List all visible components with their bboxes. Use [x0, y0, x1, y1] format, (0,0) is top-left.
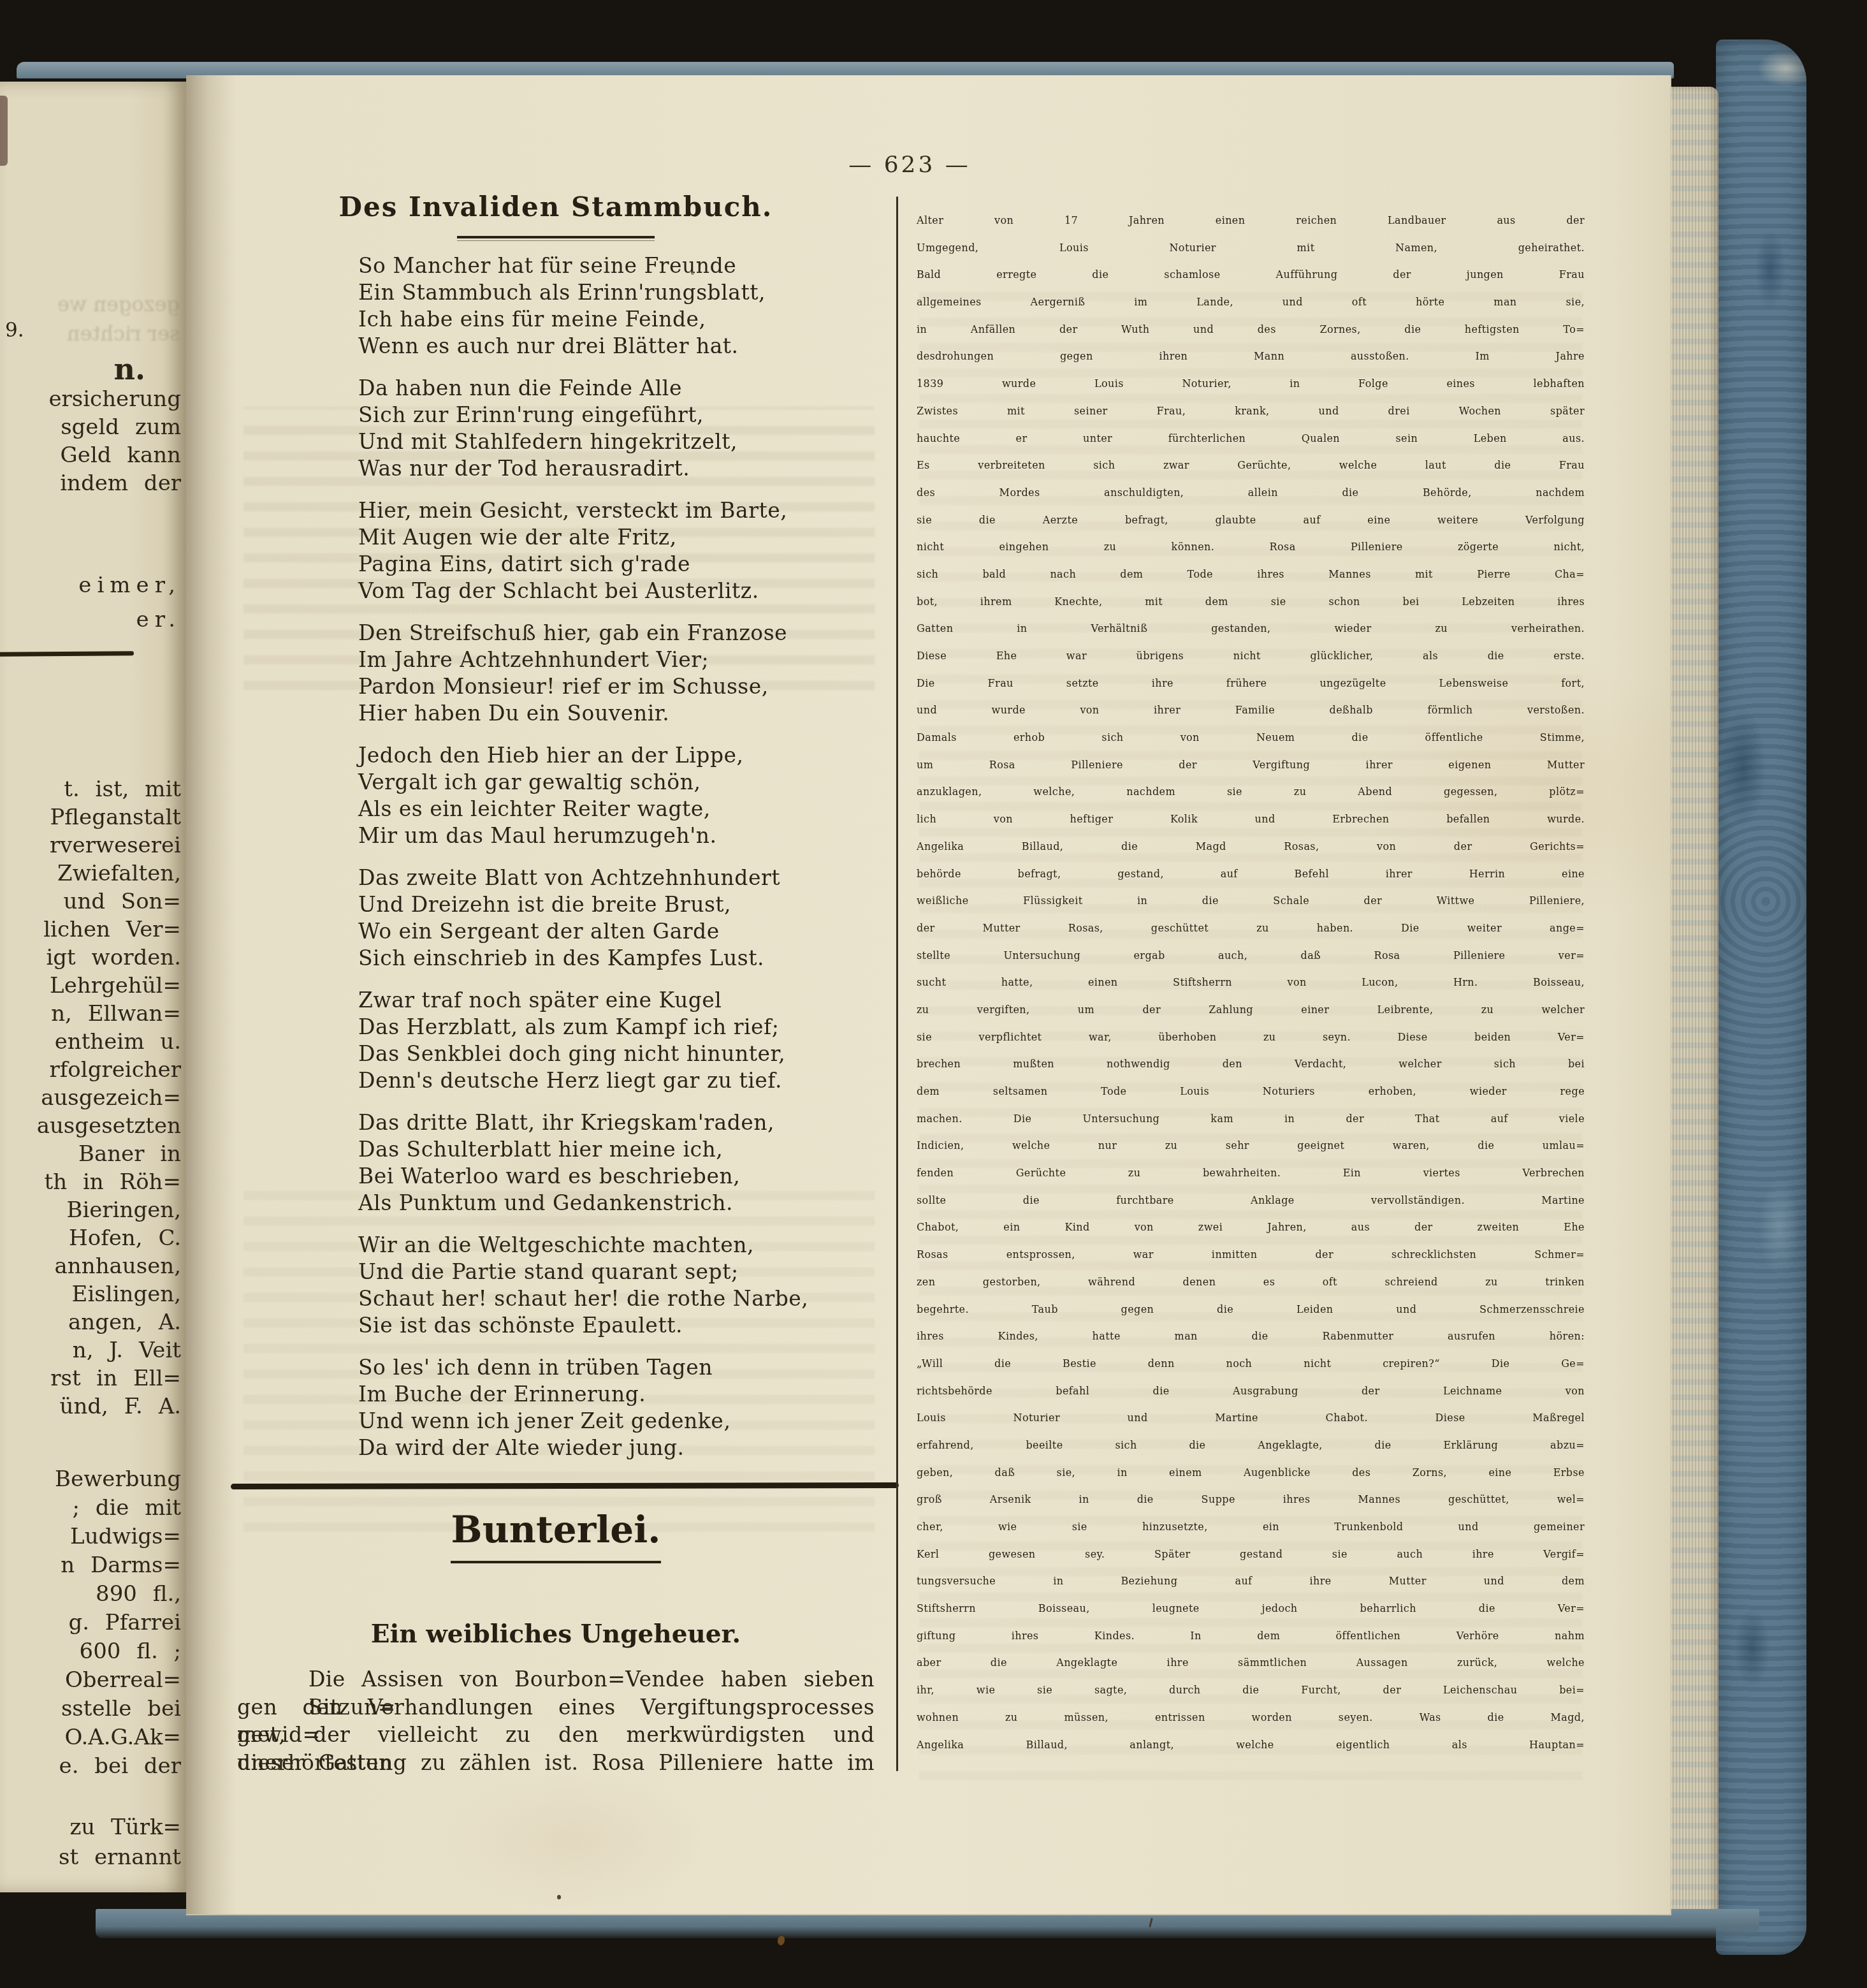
- sliver-line: eimer,: [78, 573, 181, 598]
- text-line: sollte die furchtbare Anklage vervollstä…: [917, 1187, 1585, 1215]
- text-line: in Anfällen der Wuth und des Zornes, die…: [917, 316, 1585, 344]
- sliver-line: lichen Ver=: [43, 917, 181, 942]
- sliver-line: angen, A.: [68, 1310, 181, 1335]
- text-line: zu vergiften, um der Zahlung einer Leibr…: [917, 997, 1585, 1024]
- scanned-book-page: gezogen we ser richten 9. n. ersicherung…: [0, 0, 1867, 1988]
- sliver-line: st ernannt: [59, 1845, 181, 1870]
- sliver-line: e. bei der: [59, 1753, 181, 1779]
- text-line: fenden Gerüchte zu bewahrheiten. Ein vie…: [917, 1160, 1585, 1187]
- paper-stain: [777, 1935, 785, 1946]
- paragraph-line: Die Assisen von Bourbon=Vendee haben sie…: [237, 1665, 875, 1693]
- book-page: — 623 — Des Invaliden Stammbuch. So Manc…: [186, 75, 1671, 1915]
- text-line: sie die Aerzte befragt, glaubte auf eine…: [917, 507, 1585, 534]
- sliver-line: Baner in: [78, 1141, 181, 1167]
- text-line: Alter von 17 Jahren einen reichen Landba…: [917, 207, 1585, 235]
- sliver-heading-fragment: n.: [114, 352, 145, 386]
- text-line: Bald erregte die schamlose Aufführung de…: [917, 261, 1585, 289]
- text-line: erfahrend, beeilte sich die Angeklagte, …: [917, 1432, 1585, 1459]
- poem-line: Was nur der Tod herausradirt.: [358, 455, 875, 482]
- text-line: Die Frau setzte ihre frühere ungezügelte…: [917, 670, 1585, 698]
- text-line: Diese Ehe war übrigens nicht glücklicher…: [917, 643, 1585, 670]
- title-rule: [457, 236, 655, 241]
- sliver-line: Bieringen,: [66, 1197, 181, 1223]
- sliver-line: ; die mit: [72, 1495, 181, 1521]
- text-line: Umgegend, Louis Noturier mit Namen, gehe…: [917, 235, 1585, 262]
- paragraph-line: dieser Gattung zu zählen ist. Rosa Pille…: [237, 1749, 875, 1777]
- poem-line: Das zweite Blatt von Achtzehnhundert: [358, 865, 875, 891]
- sliver-line: Zwiefalten,: [57, 861, 181, 886]
- text-line: machen. Die Untersuchung kam in der That…: [917, 1106, 1585, 1133]
- text-line: groß Arsenik in die Suppe ihres Mannes g…: [917, 1486, 1585, 1514]
- poem-stanza: So les' ich denn in trüben TagenIm Buche…: [358, 1354, 875, 1461]
- poem-line: Im Jahre Achtzehnhundert Vier;: [358, 647, 875, 673]
- poem-stanza: Wir an die Weltgeschichte machten,Und di…: [358, 1232, 875, 1339]
- poem-line: Vergalt ich gar gewaltig schön,: [358, 769, 875, 796]
- poem-line: So les' ich denn in trüben Tagen: [358, 1354, 875, 1381]
- poem-line: Wenn es auch nur drei Blätter hat.: [358, 333, 875, 360]
- poem-line: Ein Stammbuch als Erinn'rungsblatt,: [358, 279, 875, 306]
- sliver-line: er.: [136, 607, 181, 632]
- paragraph-line: met, der vielleicht zu den merkwürdigste…: [237, 1721, 875, 1749]
- text-line: richtsbehörde befahl die Ausgrabung der …: [917, 1378, 1585, 1405]
- sliver-line: Pfleganstalt: [50, 805, 181, 830]
- poem-line: Wir an die Weltgeschichte machten,: [358, 1232, 875, 1259]
- sliver-line: Lehrgehül=: [50, 973, 181, 998]
- sliver-line: rverweserei: [50, 833, 181, 858]
- poem-line: Sich zur Erinn'rung eingeführt,: [358, 402, 875, 428]
- sliver-line: n, J. Veit: [73, 1338, 181, 1363]
- text-line: ihres Kindes, hatte man die Rabenmutter …: [917, 1323, 1585, 1350]
- right-column: Alter von 17 Jahren einen reichen Landba…: [917, 207, 1585, 1758]
- poem-stanza: Den Streifschuß hier, gab ein FranzoseIm…: [358, 620, 875, 727]
- poem-stanza: So Mancher hat für seine FreundeEin Stam…: [358, 252, 875, 360]
- text-line: und wurde von ihrer Familie deßhalb förm…: [917, 697, 1585, 724]
- left-page-sliver: gezogen we ser richten 9. n. ersicherung…: [0, 82, 186, 1892]
- text-line: brechen mußten nothwendig den Verdacht, …: [917, 1051, 1585, 1078]
- text-line: Es verbreiteten sich zwar Gerüchte, welc…: [917, 452, 1585, 479]
- poem-line: Hier haben Du ein Souvenir.: [358, 700, 875, 727]
- poem-line: Das dritte Blatt, ihr Kriegskam'raden,: [358, 1109, 875, 1136]
- text-line: Rosas entsprossen, war inmitten der schr…: [917, 1241, 1585, 1269]
- text-line: Gatten in Verhältniß gestanden, wieder z…: [917, 615, 1585, 643]
- text-line: dem seltsamen Tode Louis Noturiers erhob…: [917, 1078, 1585, 1106]
- sliver-line: ersicherung: [48, 386, 181, 412]
- text-line: desdrohungen gegen ihren Mann ausstoßen.…: [917, 343, 1585, 370]
- poem-line: Schaut her! schaut her! die rothe Narbe,: [358, 1285, 875, 1312]
- ink-speck: [691, 272, 694, 275]
- sliver-line: rst in Ell=: [50, 1366, 181, 1391]
- text-line: stellte Untersuchung ergab auch, daß Ros…: [917, 942, 1585, 970]
- sliver-line: Bewerbung: [55, 1466, 181, 1492]
- poem-line: Mir um das Maul herumzugeh'n.: [358, 822, 875, 849]
- sliver-line: igt worden.: [46, 945, 181, 970]
- poem-stanza: Hier, mein Gesicht, versteckt im Barte,M…: [358, 497, 875, 604]
- sliver-line: und Son=: [63, 889, 181, 914]
- sliver-line: O.A.G.Ak=: [65, 1725, 181, 1750]
- poem-line: Da haben nun die Feinde Alle: [358, 375, 875, 402]
- sliver-line: ünd, F. A.: [60, 1394, 181, 1419]
- text-line: hauchte er unter fürchterlichen Qualen s…: [917, 425, 1585, 453]
- sliver-line: indem der: [60, 471, 181, 496]
- ink-speck: [557, 1895, 561, 1899]
- sliver-number-fragment: 9.: [5, 319, 24, 342]
- text-line: tungsversuche in Beziehung auf ihre Mutt…: [917, 1568, 1585, 1595]
- text-line: des Mordes anschuldigten, allein die Beh…: [917, 479, 1585, 507]
- sliver-ghost-line: gezogen we: [57, 292, 180, 316]
- text-line: nicht eingehen zu können. Rosa Pillenier…: [917, 534, 1585, 561]
- sliver-line: t. ist, mit: [64, 777, 181, 802]
- sliver-line: 890 fl.,: [96, 1581, 181, 1607]
- text-line: zen gestorben, während denen es oft schr…: [917, 1269, 1585, 1296]
- poem-line: Pagina Eins, datirt sich g'rade: [358, 551, 875, 578]
- text-line: aber die Angeklagte ihre sämmtlichen Aus…: [917, 1649, 1585, 1677]
- text-line: sucht hatte, einen Stiftsherrn von Lucon…: [917, 969, 1585, 997]
- poem-line: Jedoch den Hieb hier an der Lippe,: [358, 742, 875, 769]
- poem-line: Und Dreizehn ist die breite Brust,: [358, 891, 875, 918]
- sliver-line: rfolgreicher: [49, 1057, 181, 1083]
- paragraph-line: gen den Verhandlungen eines Vergiftungsp…: [237, 1693, 875, 1721]
- poem-stanza: Jedoch den Hieb hier an der Lippe,Vergal…: [358, 742, 875, 849]
- poem-line: Den Streifschuß hier, gab ein Franzose: [358, 620, 875, 647]
- text-line: sich bald nach dem Tode ihres Mannes mit…: [917, 561, 1585, 588]
- text-line: um Rosa Pilleniere der Vergiftung ihrer …: [917, 752, 1585, 779]
- text-line: cher, wie sie hinzusetzte, ein Trunkenbo…: [917, 1514, 1585, 1541]
- poem-line: Denn's deutsche Herz liegt gar zu tief.: [358, 1067, 875, 1094]
- poem-line: Und wenn ich jener Zeit gedenke,: [358, 1408, 875, 1435]
- poem-stanza: Zwar traf noch später eine KugelDas Herz…: [358, 987, 875, 1094]
- poem-line: Ich habe eins für meine Feinde,: [358, 306, 875, 333]
- poem-line: Vom Tag der Schlacht bei Austerlitz.: [358, 578, 875, 604]
- text-line: Kerl gewesen sey. Später gestand sie auc…: [917, 1541, 1585, 1568]
- poem-line: Wo ein Sergeant der alten Garde: [358, 918, 875, 945]
- binding-mark: [0, 96, 8, 166]
- book-cover-edge: [1716, 40, 1806, 1955]
- sliver-line: Eislingen,: [72, 1282, 181, 1307]
- text-line: Damals erhob sich von Neuem die öffentli…: [917, 724, 1585, 752]
- sliver-line: annhausen,: [55, 1253, 181, 1279]
- section-title-rule: [451, 1561, 661, 1563]
- poem-stanza: Da haben nun die Feinde AlleSich zur Eri…: [358, 375, 875, 482]
- left-column: Des Invaliden Stammbuch. So Mancher hat …: [237, 75, 875, 1914]
- poem-line: Als Punktum und Gedankenstrich.: [358, 1190, 875, 1217]
- sliver-rule: [0, 651, 134, 657]
- subsection-title: Ein weibliches Ungeheuer.: [237, 1619, 875, 1649]
- text-line: behörde befragt, gestand, auf Befehl ihr…: [917, 861, 1585, 888]
- poem-stanza: Das dritte Blatt, ihr Kriegskam'raden,Da…: [358, 1109, 875, 1217]
- poem-line: Bei Waterloo ward es beschrieben,: [358, 1163, 875, 1190]
- sliver-line: Ludwigs=: [70, 1524, 181, 1549]
- poem-line: Sich einschrieb in des Kampfes Lust.: [358, 945, 875, 972]
- text-line: ihr, wie sie sagte, durch die Furcht, de…: [917, 1677, 1585, 1704]
- text-line: Indicien, welche nur zu sehr geeignet wa…: [917, 1132, 1585, 1160]
- text-line: Stiftsherrn Boisseau, leugnete jedoch be…: [917, 1595, 1585, 1623]
- poem-line: So Mancher hat für seine Freunde: [358, 252, 875, 279]
- poem-line: Das Senkblei doch ging nicht hinunter,: [358, 1041, 875, 1067]
- text-line: wohnen zu müssen, entrissen worden seyen…: [917, 1704, 1585, 1732]
- sliver-line: ausgezeich=: [41, 1085, 181, 1111]
- sliver-line: n, Ellwan=: [51, 1001, 181, 1027]
- text-line: begehrte. Taub gegen die Leiden und Schm…: [917, 1296, 1585, 1324]
- poem-line: Das Schulterblatt hier meine ich,: [358, 1136, 875, 1163]
- poem-line: Und mit Stahlfedern hingekritzelt,: [358, 428, 875, 455]
- poem-line: Im Buche der Erinnerung.: [358, 1381, 875, 1408]
- sliver-line: entheim u.: [55, 1029, 181, 1055]
- text-line: „Will die Bestie denn noch nicht crepire…: [917, 1350, 1585, 1378]
- text-line: Louis Noturier und Martine Chabot. Diese…: [917, 1405, 1585, 1432]
- text-line: Chabot, ein Kind von zwei Jahren, aus de…: [917, 1214, 1585, 1241]
- poem-line: Pardon Monsieur! rief er im Schusse,: [358, 673, 875, 700]
- poem: So Mancher hat für seine FreundeEin Stam…: [358, 252, 875, 1477]
- sliver-line: sgeld zum: [61, 414, 181, 440]
- text-line: lich von heftiger Kolik und Erbrechen be…: [917, 806, 1585, 833]
- sliver-line: Oberreal=: [65, 1667, 181, 1693]
- text-line: giftung ihres Kindes. In dem öffentliche…: [917, 1623, 1585, 1650]
- poem-line: Und die Partie stand quarant sept;: [358, 1259, 875, 1285]
- column-divider: [896, 196, 898, 1771]
- text-line: bot, ihrem Knechte, mit dem sie schon be…: [917, 588, 1585, 616]
- text-line: Angelika Billaud, anlangt, welche eigent…: [917, 1732, 1585, 1759]
- sliver-line: sstelle bei: [61, 1696, 181, 1721]
- sliver-line: zu Türk=: [69, 1815, 181, 1840]
- text-line: 1839 wurde Louis Noturier, in Folge eine…: [917, 370, 1585, 398]
- sliver-ghost-line: ser richten: [67, 321, 180, 346]
- poem-line: Zwar traf noch später eine Kugel: [358, 987, 875, 1014]
- intro-paragraph: Die Assisen von Bourbon=Vendee haben sie…: [237, 1665, 875, 1776]
- poem-line: Mit Augen wie der alte Fritz,: [358, 524, 875, 551]
- sliver-line: Hofen, C.: [69, 1225, 181, 1251]
- poem-line: Sie ist das schönste Epaulett.: [358, 1312, 875, 1339]
- poem-line: Als es ein leichter Reiter wagte,: [358, 796, 875, 822]
- article-title: Des Invaliden Stammbuch.: [237, 191, 875, 223]
- text-line: allgemeines Aergerniß im Lande, und oft …: [917, 289, 1585, 316]
- sliver-line: Geld kann: [61, 442, 181, 468]
- sliver-line: n Darms=: [61, 1553, 181, 1578]
- poem-stanza: Das zweite Blatt von AchtzehnhundertUnd …: [358, 865, 875, 972]
- poem-line: Da wird der Alte wieder jung.: [358, 1435, 875, 1461]
- text-line: der Mutter Rosas, geschüttet zu haben. D…: [917, 915, 1585, 942]
- section-title: Bunterlei.: [237, 1508, 875, 1551]
- sliver-line: th in Röh=: [45, 1169, 181, 1195]
- sliver-line: g. Pfarrei: [68, 1610, 181, 1635]
- book-page-edges: [1665, 87, 1718, 1920]
- text-line: Zwistes mit seiner Frau, krank, und drei…: [917, 398, 1585, 425]
- sliver-line: ausgesetzten: [37, 1113, 181, 1139]
- sliver-line: 600 fl. ;: [80, 1639, 181, 1664]
- poem-line: Das Herzblatt, als zum Kampf ich rief;: [358, 1014, 875, 1041]
- text-line: Angelika Billaud, die Magd Rosas, von de…: [917, 833, 1585, 861]
- poem-line: Hier, mein Gesicht, versteckt im Barte,: [358, 497, 875, 524]
- text-line: geben, daß sie, in einem Augenblicke des…: [917, 1459, 1585, 1487]
- text-line: weißliche Flüssigkeit in die Schale der …: [917, 888, 1585, 915]
- text-line: sie verpflichtet war, überhoben zu seyn.…: [917, 1024, 1585, 1051]
- section-divider-rule: [231, 1482, 899, 1489]
- text-line: anzuklagen, welche, nachdem sie zu Abend…: [917, 778, 1585, 806]
